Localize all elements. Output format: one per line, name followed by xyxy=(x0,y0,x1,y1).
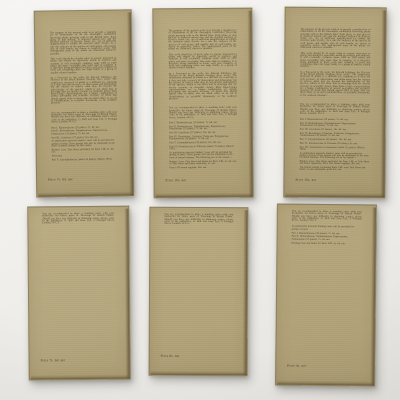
blurb-paragraph: This work should be of great value to an… xyxy=(50,58,116,75)
standing-order-paragraph: You are recommended to place a standing … xyxy=(164,214,233,226)
price-label: Price 7s. 6d. net xyxy=(41,358,66,362)
blurb-paragraph: This work should be of great value to an… xyxy=(169,53,237,70)
parts-list-line: As publication proceeds binders' cases w… xyxy=(300,153,370,160)
parts-list-line: As publication proceeds binding cases wi… xyxy=(292,226,362,231)
parts-list-line: Part II. Berberidaceae, Nymphaeaceae, Pa… xyxy=(300,123,370,128)
standing-order-paragraph: You are recommended to place a standing … xyxy=(51,111,117,123)
parts-list-line: Part VII. Geraniaceae to Aceraceae (abou… xyxy=(300,147,370,152)
page-content: The purpose of the present work is to pr… xyxy=(35,10,134,196)
blurb-paragraph: In a Foreword to the work, Sir Edward Sa… xyxy=(51,77,117,105)
page-content: The purpose of the present work is to pr… xyxy=(284,8,385,198)
parts-list-line: As publication proceeds binders' cases w… xyxy=(52,140,118,148)
standing-order-paragraph: You are recommended to place a standing … xyxy=(300,104,370,116)
standing-order-paragraph: You are recommended to place a standing … xyxy=(42,213,114,225)
page-content: You are recommended to place a standing … xyxy=(150,208,248,376)
blurb-paragraph: The purpose of the present work is to pr… xyxy=(168,30,236,51)
standing-order-paragraph: You are recommended to place a standing … xyxy=(169,107,237,119)
parts-list-line: As publication proceeds binders' cases w… xyxy=(169,152,237,159)
page-content: You are recommended to place a standing … xyxy=(276,204,376,385)
parts-list-line: Part II. Berberidaceae, Nymphaeaceae, Pa… xyxy=(51,130,117,135)
parts-list-line: Binding Case and Index for Parts I-III, … xyxy=(292,242,362,245)
parts-list-line: Part VI. Portulacaceae to Tiliaceae (abo… xyxy=(169,146,237,151)
photo-backdrop: The purpose of the present work is to pr… xyxy=(0,0,400,400)
blurb-paragraph: The purpose of the present work is to pr… xyxy=(300,29,370,50)
parts-list-line: Binders' Case, Title Sheet and Index for… xyxy=(169,160,237,165)
parts-list-line: Binders' Case, Title Sheet and Index for… xyxy=(300,161,370,166)
blurb-paragraph: This work should be of great value to an… xyxy=(300,52,370,69)
parts-list-line: Part IV. Resedaceae, Cistaceae, Violacea… xyxy=(300,133,370,138)
blurb-paragraph: In a Foreword to the work, Sir Edward Sa… xyxy=(300,72,370,98)
standing-order-paragraph: You are recommended to place a standing … xyxy=(292,211,362,223)
booklet-top-right: The purpose of the present work is to pr… xyxy=(283,7,386,199)
parts-list-line: Part II. Berberidaceae, Nymphaeaceae, Pa… xyxy=(292,236,362,241)
parts-list-line: Parts I-III bound together, 30s. net. xyxy=(169,166,237,169)
parts-list-line: Binders' Case, Title Sheet and Index for… xyxy=(52,148,118,153)
booklet-bottom-middle: You are recommended to place a standing … xyxy=(149,207,249,377)
parts-list-line: The bound volume containing Parts I-III,… xyxy=(300,167,370,172)
price-label: Price 7s. 6d. net xyxy=(48,177,73,181)
price-label: Price 10s. net xyxy=(295,178,316,182)
parts-list-line: Part II. Berberidaceae, Nymphaeaceae, Pa… xyxy=(169,126,237,131)
booklet-bottom-left: You are recommended to place a standing … xyxy=(27,206,131,381)
page-content: You are recommended to place a standing … xyxy=(28,207,129,380)
booklet-bottom-right: You are recommended to place a standing … xyxy=(275,203,377,386)
booklet-top-left: The purpose of the present work is to pr… xyxy=(34,9,135,197)
price-label: Price 10s. net xyxy=(166,178,187,182)
blurb-paragraph: The purpose of the present work is to pr… xyxy=(50,32,116,56)
parts-list-line: Part V. Caryophyllaceae (about 44 plates… xyxy=(52,158,118,161)
price-label: Price 9s. net xyxy=(287,364,306,368)
parts-list-line: Part IV. Resedaceae, Cistaceae, Violacea… xyxy=(169,136,237,141)
blurb-paragraph: In a Foreword to the work, Sir Edward Sa… xyxy=(169,73,237,101)
price-label: Price 8s. net xyxy=(161,354,180,358)
page-content: The purpose of the present work is to pr… xyxy=(153,9,252,198)
booklet-top-middle: The purpose of the present work is to pr… xyxy=(152,8,253,199)
